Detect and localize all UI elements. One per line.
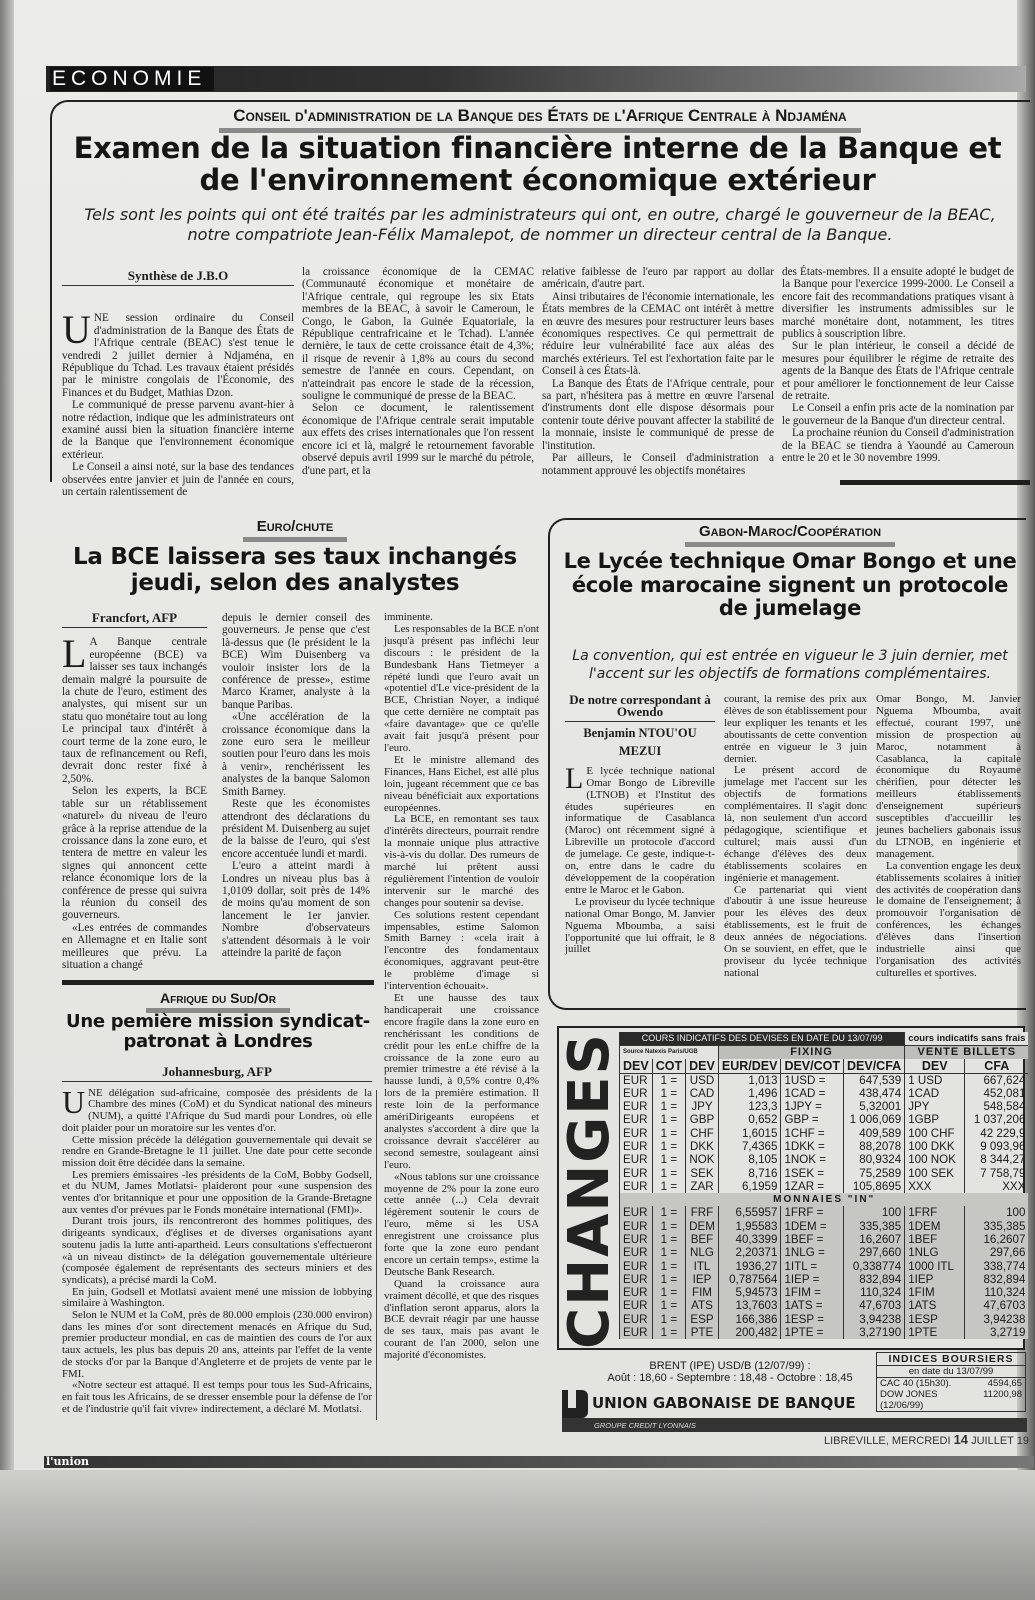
paragraph: Sur le plan intérieur, le conseil a déci… — [782, 340, 1014, 402]
bank-group: GROUPE CREDIT LYONNAIS — [562, 1418, 1027, 1432]
paragraph: Reste que les économistes attendront des… — [222, 798, 370, 860]
currency-cell: 1NLG = — [781, 1246, 844, 1259]
currency-cell: 452,081 — [965, 1087, 1029, 1100]
currency-cell: 100 — [844, 1206, 905, 1219]
article-beac-col3: relative faiblesse de l'euro par rapport… — [542, 266, 774, 477]
currency-cell: 1FRF = — [781, 1206, 844, 1219]
brent-title: BRENT (IPE) USD/B (12/07/99) : — [585, 1360, 875, 1372]
paragraph: Omar Bongo, M. Janvier Nguema Mboumba, a… — [876, 694, 1021, 861]
paragraph: La convention engage les deux établissem… — [876, 861, 1021, 980]
paragraph: La Banque des États de l'Afrique central… — [542, 378, 774, 452]
currency-cell: 335,385 — [965, 1220, 1029, 1233]
paragraph: Le présent accord de jumelage met l'acce… — [724, 765, 867, 884]
paragraph: La prochaine réunion du Conseil d'admini… — [782, 427, 1014, 464]
article-lycee-col1: De notre correspondant à Owendo Benjamin… — [565, 694, 715, 956]
currency-cell: 1 = — [652, 1113, 685, 1126]
paragraph: des États-membres. Il a ensuite adopté l… — [782, 266, 1014, 340]
currency-cell: 1FIM — [905, 1286, 965, 1299]
currency-cell: 13,7603 — [718, 1299, 781, 1312]
indices-title: INDICES BOURSIERS — [877, 1353, 1025, 1366]
currency-cell: JPY — [686, 1100, 719, 1113]
bank-name: UNION GABONAISE DE BANQUE — [592, 1394, 856, 1412]
currency-cell: EUR — [620, 1273, 653, 1286]
currency-cell: 1 = — [652, 1299, 685, 1312]
currency-cell: 297,660 — [844, 1246, 905, 1259]
brent-values: Août : 18,60 - Septembre : 18,48 - Octob… — [585, 1372, 875, 1384]
article-bce-col2: depuis le dernier conseil des gouverneur… — [222, 612, 370, 959]
currency-cell: 1USD = — [781, 1073, 844, 1087]
currency-row: EUR1 =FRF6,559571FRF =1001FRF100 — [620, 1206, 1029, 1219]
paragraph: Le Conseil a enfin pris acte de la nomin… — [782, 402, 1014, 427]
currency-cell: 1 = — [652, 1286, 685, 1299]
currency-cell: ATS — [686, 1299, 719, 1312]
currency-source: Source Natexis Paris/UGB — [620, 1045, 719, 1058]
currency-cell: FIM — [686, 1286, 719, 1299]
currency-cell: 40,3399 — [718, 1233, 781, 1246]
currency-cell: 16,2607 — [965, 1233, 1029, 1246]
currency-cell: 9 093,96 — [965, 1140, 1029, 1153]
currency-cell: 1FIM = — [781, 1286, 844, 1299]
index-row: DOW JONES (12/06/99)11200,98 — [877, 1389, 1025, 1411]
currency-cell: EUR — [620, 1286, 653, 1299]
index-name: DOW JONES (12/06/99) — [880, 1389, 983, 1411]
currency-table-title: COURS INDICATIFS DES DEVISES EN DATE DU … — [620, 1032, 905, 1045]
currency-cell: 1IEP — [905, 1273, 965, 1286]
currency-cell: 16,2607 — [844, 1233, 905, 1246]
currency-cell: 5,94573 — [718, 1286, 781, 1299]
paragraph: E lycée technique national Omar Bongo de… — [565, 765, 715, 896]
article-beac-deck: Tels sont les points qui ont été traités… — [70, 205, 1010, 245]
currency-cell: 1BEF = — [781, 1233, 844, 1246]
currency-cell: 100 SEK — [905, 1166, 965, 1179]
currency-cell: 1NOK = — [781, 1153, 844, 1166]
currency-cell: CAD — [686, 1087, 719, 1100]
paragraph: Quand la croissance aura vraiment décoll… — [384, 1279, 539, 1362]
currency-cell: 1BEF — [905, 1233, 965, 1246]
column-header: CFA — [965, 1059, 1029, 1074]
currency-cell: GBP — [686, 1113, 719, 1126]
currency-cell: EUR — [620, 1299, 653, 1312]
currency-cell: 75,2589 — [844, 1166, 905, 1179]
currency-cell: 47,6703 — [965, 1299, 1029, 1312]
currency-cell: 297,66 — [965, 1246, 1029, 1259]
paragraph: En juin, Godsell et Motlatsi avaient men… — [62, 1287, 372, 1310]
currency-cell: 1ATS = — [781, 1299, 844, 1312]
paragraph: Le Conseil a ainsi noté, sur la base des… — [62, 461, 294, 498]
currency-row: EUR1 =FIM5,945731FIM =110,3241FIM110,324 — [620, 1286, 1029, 1299]
article-bce-headline: La BCE laissera ses taux inchangés jeudi… — [55, 545, 535, 597]
currency-cell: 3,27190 — [844, 1326, 905, 1339]
article-or-body: Johannesburg, AFP UNE délégation sud-afr… — [62, 1066, 372, 1415]
paragraph: Ces solutions restent cependant impensab… — [384, 910, 539, 993]
currency-cell: EUR — [620, 1100, 653, 1113]
currency-cell: NLG — [686, 1246, 719, 1259]
currency-cell: EUR — [620, 1220, 653, 1233]
paragraph: Selon le NUM et la CoM, près de 80.000 e… — [62, 1310, 372, 1380]
paragraph: L'euro a atteint mardi à Londres un nive… — [222, 860, 370, 959]
currency-row: EUR1 =NOK8,1051NOK =80,9324100 NOK8 344,… — [620, 1153, 1029, 1166]
kicker-text: Gabon-Maroc/Coopération — [685, 523, 895, 547]
indices-date: en date du 13/07/99 — [877, 1366, 1025, 1378]
article-beac-headline: Examen de la situation financière intern… — [60, 132, 1015, 197]
dropcap: L — [62, 638, 86, 670]
dropcap: U — [62, 314, 91, 346]
currency-row: EUR1 =SEK8,7161SEK =75,2589100 SEK7 758,… — [620, 1166, 1029, 1179]
currency-cell: IEP — [686, 1273, 719, 1286]
currency-cell: 1ESP = — [781, 1313, 844, 1326]
section-header-bar: ECONOMIE — [46, 66, 1026, 92]
paragraph: «Nous tablons sur une croissance moyenne… — [384, 1172, 539, 1279]
dropcap: U — [62, 1090, 85, 1114]
currency-cell: EUR — [620, 1206, 653, 1219]
scan-bottom-shadow — [0, 1470, 1035, 1600]
currency-cell: 1 = — [652, 1087, 685, 1100]
paragraph: «Notre secteur est attaqué. Il est temps… — [62, 1380, 372, 1415]
currency-cell: 1PTE — [905, 1326, 965, 1339]
currency-header-row: DEV COT DEV EUR/DEV DEV/COT DEV/CFA DEV … — [620, 1059, 1029, 1074]
article-lycee-kicker: Gabon-Maroc/Coopération — [560, 523, 1020, 547]
article-lycee-author: Benjamin NTOU'OU MEZUI — [565, 724, 715, 760]
currency-cell: DKK — [686, 1140, 719, 1153]
article-lycee-col3: Omar Bongo, M. Janvier Nguema Mboumba, a… — [876, 694, 1021, 980]
currency-cell: 6,55957 — [718, 1206, 781, 1219]
currency-cell: NOK — [686, 1153, 719, 1166]
currency-cell: 1CHF = — [781, 1126, 844, 1139]
currency-row: EUR1 =IEP0,7875641IEP =832,8941IEP832,89… — [620, 1273, 1029, 1286]
currency-cell: 3,94238 — [965, 1313, 1029, 1326]
currency-cell: EUR — [620, 1259, 653, 1272]
currency-cell: 100 NOK — [905, 1153, 965, 1166]
currency-cell: 409,589 — [844, 1126, 905, 1139]
currency-cell: EUR — [620, 1126, 653, 1139]
currency-row: EUR1 =JPY123,31JPY =5,32001JPY548,584 — [620, 1100, 1029, 1113]
section-label: ECONOMIE — [50, 67, 214, 91]
currency-cell: 1,6015 — [718, 1126, 781, 1139]
currency-cell: EUR — [620, 1313, 653, 1326]
dropcap: L — [565, 768, 583, 790]
currency-row: EUR1 =ITL1936,271ITL =0,3387741000 ITL33… — [620, 1259, 1029, 1272]
monnaies-in-label: MONNAIES "IN" — [620, 1193, 1029, 1206]
paragraph: «Une accélération de la croissance écono… — [222, 711, 370, 798]
currency-cell: 8 344,27 — [965, 1153, 1029, 1166]
scan-edge-left — [0, 0, 14, 1600]
index-value: 11200,98 — [983, 1389, 1022, 1411]
dateline-month: JUILLET 19 — [971, 1435, 1029, 1447]
currency-cell: ITL — [686, 1259, 719, 1272]
column-divider — [376, 1090, 377, 1420]
article-bce-byline: Francfort, AFP — [62, 612, 207, 628]
paragraph: courant, la remise des prix aux élèves d… — [724, 694, 867, 765]
changes-vertical-label: CHANGES — [563, 1034, 615, 1346]
article-or-headline: Une pemière mission syndicat-patronat à … — [58, 1012, 378, 1052]
currency-cell: 105,8695 — [844, 1180, 905, 1193]
currency-cell: 1,013 — [718, 1073, 781, 1087]
paragraph: Le proviseur du lycée technique national… — [565, 897, 715, 957]
currency-cell: 1 = — [652, 1140, 685, 1153]
currency-table: COURS INDICATIFS DES DEVISES EN DATE DU … — [619, 1032, 1028, 1339]
currency-cell: 1 037,206 — [965, 1113, 1029, 1126]
currency-cell: 0,338774 — [844, 1259, 905, 1272]
column-header: EUR/DEV — [718, 1059, 781, 1074]
currency-cell: USD — [686, 1073, 719, 1087]
currency-cell: 1 = — [652, 1220, 685, 1233]
currency-cell: EUR — [620, 1140, 653, 1153]
paragraph: Les responsables de la BCE n'ont jusqu'à… — [384, 624, 539, 755]
currency-row: EUR1 =ATS13,76031ATS =47,67031ATS47,6703 — [620, 1299, 1029, 1312]
currency-cell: 832,894 — [965, 1273, 1029, 1286]
currency-cell: 42 229,9 — [965, 1126, 1029, 1139]
currency-cell: PTE — [686, 1326, 719, 1339]
paragraph: Ainsi tributaires de l'économie internat… — [542, 291, 774, 378]
currency-cell: 2,20371 — [718, 1246, 781, 1259]
divider — [840, 480, 1030, 485]
paragraph: NE session ordinaire du Conseil d'admini… — [62, 312, 294, 398]
brent-prices: BRENT (IPE) USD/B (12/07/99) : Août : 18… — [585, 1360, 875, 1384]
currency-row: EUR1 =DKK7,43651DKK =88,2078100 DKK9 093… — [620, 1140, 1029, 1153]
currency-cell: 1NLG — [905, 1246, 965, 1259]
currency-cell: EUR — [620, 1073, 653, 1087]
currency-cell: 1 = — [652, 1326, 685, 1339]
currency-cell: 1GBP — [905, 1113, 965, 1126]
paragraph: la croissance économique de la CEMAC (Co… — [302, 266, 534, 402]
currency-cell: XXX — [965, 1180, 1029, 1193]
index-value: 4594,65 — [988, 1378, 1022, 1389]
currency-cell: JPY — [905, 1100, 965, 1113]
currency-cell: 8,716 — [718, 1166, 781, 1179]
paragraph: Selon les experts, la BCE table sur un r… — [62, 785, 207, 921]
currency-cell: 1SEK = — [781, 1166, 844, 1179]
article-beac-col4: des États-membres. Il a ensuite adopté l… — [782, 266, 1014, 465]
index-row: CAC 40 (15h30).4594,65 — [877, 1378, 1025, 1389]
dateline: LIBREVILLE, MERCREDI 14 JUILLET 19 — [824, 1432, 1029, 1447]
currency-cell: GBP = — [781, 1113, 844, 1126]
currency-cell: 1CAD — [905, 1087, 965, 1100]
paragraph: relative faiblesse de l'euro par rapport… — [542, 266, 774, 291]
currency-cell: 8,105 — [718, 1153, 781, 1166]
currency-cell: 47,6703 — [844, 1299, 905, 1312]
article-bce-col3: imminente. Les responsables de la BCE n'… — [384, 612, 539, 1362]
currency-cell: 1DKK = — [781, 1140, 844, 1153]
currency-row: EUR1 =USD1,0131USD =647,5391 USD667,624 — [620, 1073, 1029, 1087]
paragraph: Le communiqué de presse parvenu avant-hi… — [62, 399, 294, 461]
currency-rows: EUR1 =USD1,0131USD =647,5391 USD667,624E… — [620, 1073, 1029, 1193]
currency-cell: FRF — [686, 1206, 719, 1219]
ugb-logo-icon — [562, 1390, 588, 1418]
article-bce-kicker: Euro/chute — [60, 518, 530, 542]
currency-cell: 338,774 — [965, 1259, 1029, 1272]
fixing-label: FIXING — [718, 1045, 904, 1058]
article-beac-col2: la croissance économique de la CEMAC (Co… — [302, 266, 534, 477]
currency-cell: 1000 ITL — [905, 1259, 965, 1272]
currency-cell: 1ZAR = — [781, 1180, 844, 1193]
currency-cell: 110,324 — [844, 1286, 905, 1299]
currency-cell: 1CAD = — [781, 1087, 844, 1100]
column-header: DEV — [686, 1059, 719, 1074]
dateline-day: 14 — [954, 1432, 968, 1447]
currency-cell: 647,539 — [844, 1073, 905, 1087]
paragraph: Ce partenariat qui vient d'aboutir à une… — [724, 885, 867, 980]
currency-row: EUR1 =CHF1,60151CHF =409,589100 CHF42 22… — [620, 1126, 1029, 1139]
currency-cell: 0,652 — [718, 1113, 781, 1126]
currency-cell: EUR — [620, 1113, 653, 1126]
article-beac-kicker: Conseil d'administration de la Banque de… — [60, 106, 1020, 133]
currency-cell: 0,787564 — [718, 1273, 781, 1286]
currency-cell: ESP — [686, 1313, 719, 1326]
currency-cell: 1FRF — [905, 1206, 965, 1219]
paragraph: Et le ministre allemand des Finances, Ha… — [384, 755, 539, 815]
currency-row: EUR1 =DEM1,955831DEM =335,3851DEM335,385 — [620, 1220, 1029, 1233]
currency-row: EUR1 =NLG2,203711NLG =297,6601NLG297,66 — [620, 1246, 1029, 1259]
currency-cell: SEK — [686, 1166, 719, 1179]
currency-cell: 3,94238 — [844, 1313, 905, 1326]
currency-cell: CHF — [686, 1126, 719, 1139]
currency-cell: ZAR — [686, 1180, 719, 1193]
stock-indices-box: INDICES BOURSIERS en date du 13/07/99 CA… — [876, 1352, 1026, 1412]
paragraph: «Les entrées de commandes en Allemagne e… — [62, 922, 207, 972]
article-lycee-col2: courant, la remise des prix aux élèves d… — [724, 694, 867, 980]
kicker-text: Conseil d'administration de la Banque de… — [219, 106, 860, 133]
currency-cell: 1 = — [652, 1259, 685, 1272]
currency-row: EUR1 =CAD1,4961CAD =438,4741CAD452,081 — [620, 1087, 1029, 1100]
kicker-text: Euro/chute — [243, 518, 348, 542]
paragraph: Cette mission précède la délégation gouv… — [62, 1135, 372, 1170]
currency-cell: 1936,27 — [718, 1259, 781, 1272]
currency-cell: EUR — [620, 1246, 653, 1259]
currency-cell: 1 = — [652, 1180, 685, 1193]
currency-cell: XXX — [905, 1180, 965, 1193]
currency-cell: 6,1959 — [718, 1180, 781, 1193]
currency-cell: 166,386 — [718, 1313, 781, 1326]
paragraph: La BCE, en remontant ses taux d'intérêts… — [384, 814, 539, 909]
currency-row: EUR1 =ZAR6,19591ZAR =105,8695XXXXXX — [620, 1180, 1029, 1193]
column-header: COT — [652, 1059, 685, 1074]
currency-row: EUR1 =ESP166,3861ESP =3,942381ESP3,94238 — [620, 1313, 1029, 1326]
currency-row: EUR1 =PTE200,4821PTE =3,271901PTE3,2719 — [620, 1326, 1029, 1339]
currency-cell: 667,624 — [965, 1073, 1029, 1087]
index-name: CAC 40 (15h30). — [880, 1378, 951, 1389]
currency-cell: 80,9324 — [844, 1153, 905, 1166]
currency-cell: 1 = — [652, 1166, 685, 1179]
column-header: DEV/CFA — [844, 1059, 905, 1074]
article-or-kicker: Afrique du Sud/Or — [62, 990, 374, 1013]
currency-cell: EUR — [620, 1153, 653, 1166]
currency-cell: 200,482 — [718, 1326, 781, 1339]
currency-cell: 438,474 — [844, 1087, 905, 1100]
currency-cell: 100 — [965, 1206, 1029, 1219]
currency-cell: 1 = — [652, 1246, 685, 1259]
currency-cell: 1,95583 — [718, 1220, 781, 1233]
article-beac-col1: Synthèse de J.B.O UNE session ordinaire … — [62, 270, 294, 499]
dateline-prefix: LIBREVILLE, MERCREDI — [824, 1435, 951, 1447]
column-header: DEV — [905, 1059, 965, 1074]
footer-bar: l'union — [44, 1456, 1034, 1468]
currency-exchange-box: CHANGES COURS INDICATIFS DES DEVISES EN … — [557, 1026, 1025, 1350]
currency-cell: 1 = — [652, 1273, 685, 1286]
article-lycee-deck: La convention, qui est entrée en vigueur… — [560, 648, 1020, 683]
currency-cell: EUR — [620, 1326, 653, 1339]
currency-cell: DEM — [686, 1220, 719, 1233]
currency-cell: EUR — [620, 1166, 653, 1179]
currency-cell: 1 USD — [905, 1073, 965, 1087]
kicker-text: Afrique du Sud/Or — [146, 990, 290, 1013]
column-header: DEV — [620, 1059, 653, 1074]
currency-cell: 1JPY = — [781, 1100, 844, 1113]
paragraph: depuis le dernier conseil des gouverneur… — [222, 612, 370, 711]
currency-cell: 88,2078 — [844, 1140, 905, 1153]
currency-cell: EUR — [620, 1233, 653, 1246]
currency-cell: 1ESP — [905, 1313, 965, 1326]
article-lycee-headline: Le Lycée technique Omar Bongo et une éco… — [560, 550, 1020, 621]
divider — [62, 980, 374, 985]
currency-cell: 3,2719 — [965, 1326, 1029, 1339]
column-header: DEV/COT — [781, 1059, 844, 1074]
paragraph: NE délégation sud-africaine, composée de… — [62, 1087, 372, 1134]
currency-cell: 335,385 — [844, 1220, 905, 1233]
currency-cell: 832,894 — [844, 1273, 905, 1286]
vente-billets-label: VENTE BILLETS — [905, 1045, 1029, 1058]
paragraph: Les premiers émissaires -les présidents … — [62, 1170, 372, 1217]
paragraph: Selon ce document, le ralentissement éco… — [302, 402, 534, 476]
currency-cell: 7,4365 — [718, 1140, 781, 1153]
currency-cell: 1,496 — [718, 1087, 781, 1100]
currency-cell: EUR — [620, 1180, 653, 1193]
currency-cell: 7 758,79 — [965, 1166, 1029, 1179]
currency-cell: EUR — [620, 1087, 653, 1100]
currency-cell: 548,584 — [965, 1100, 1029, 1113]
currency-cell: 1DEM — [905, 1220, 965, 1233]
currency-row: EUR1 =GBP0,652GBP =1 006,0691GBP1 037,20… — [620, 1113, 1029, 1126]
changes-label-text: CHANGES — [557, 1032, 622, 1349]
currency-table-right-title: cours indicatifs sans frais — [905, 1032, 1029, 1045]
article-bce-col1: Francfort, AFP LA Banque centrale europé… — [62, 612, 207, 971]
currency-cell: 1 = — [652, 1233, 685, 1246]
currency-cell: 1IEP = — [781, 1273, 844, 1286]
paragraph: Et une hausse des taux handicaperait une… — [384, 993, 539, 1172]
article-beac-byline: Synthèse de J.B.O — [62, 270, 294, 286]
currency-cell: 1 = — [652, 1153, 685, 1166]
newspaper-brand: l'union — [46, 1455, 89, 1468]
currency-cell: 1 = — [652, 1073, 685, 1087]
currency-cell: 100 DKK — [905, 1140, 965, 1153]
currency-row: EUR1 =BEF40,33991BEF =16,26071BEF16,2607 — [620, 1233, 1029, 1246]
currency-in-rows: EUR1 =FRF6,559571FRF =1001FRF100EUR1 =DE… — [620, 1206, 1029, 1339]
currency-cell: 1 = — [652, 1313, 685, 1326]
currency-cell: 110,324 — [965, 1286, 1029, 1299]
currency-cell: 1 = — [652, 1126, 685, 1139]
currency-cell: 123,3 — [718, 1100, 781, 1113]
currency-cell: 100 CHF — [905, 1126, 965, 1139]
currency-cell: 1 = — [652, 1206, 685, 1219]
article-or-byline: Johannesburg, AFP — [62, 1066, 372, 1082]
paragraph: Durant trois jours, ils rencontreront de… — [62, 1216, 372, 1286]
currency-cell: 1 006,069 — [844, 1113, 905, 1126]
currency-cell: 1ITL = — [781, 1259, 844, 1272]
currency-cell: 1ATS — [905, 1299, 965, 1312]
currency-cell: 5,32001 — [844, 1100, 905, 1113]
currency-cell: 1DEM = — [781, 1220, 844, 1233]
currency-cell: BEF — [686, 1233, 719, 1246]
currency-cell: 1 = — [652, 1100, 685, 1113]
paragraph: Par ailleurs, le Conseil d'administratio… — [542, 452, 774, 477]
currency-cell: 1PTE = — [781, 1326, 844, 1339]
article-lycee-byline: De notre correspondant à Owendo — [565, 694, 715, 722]
